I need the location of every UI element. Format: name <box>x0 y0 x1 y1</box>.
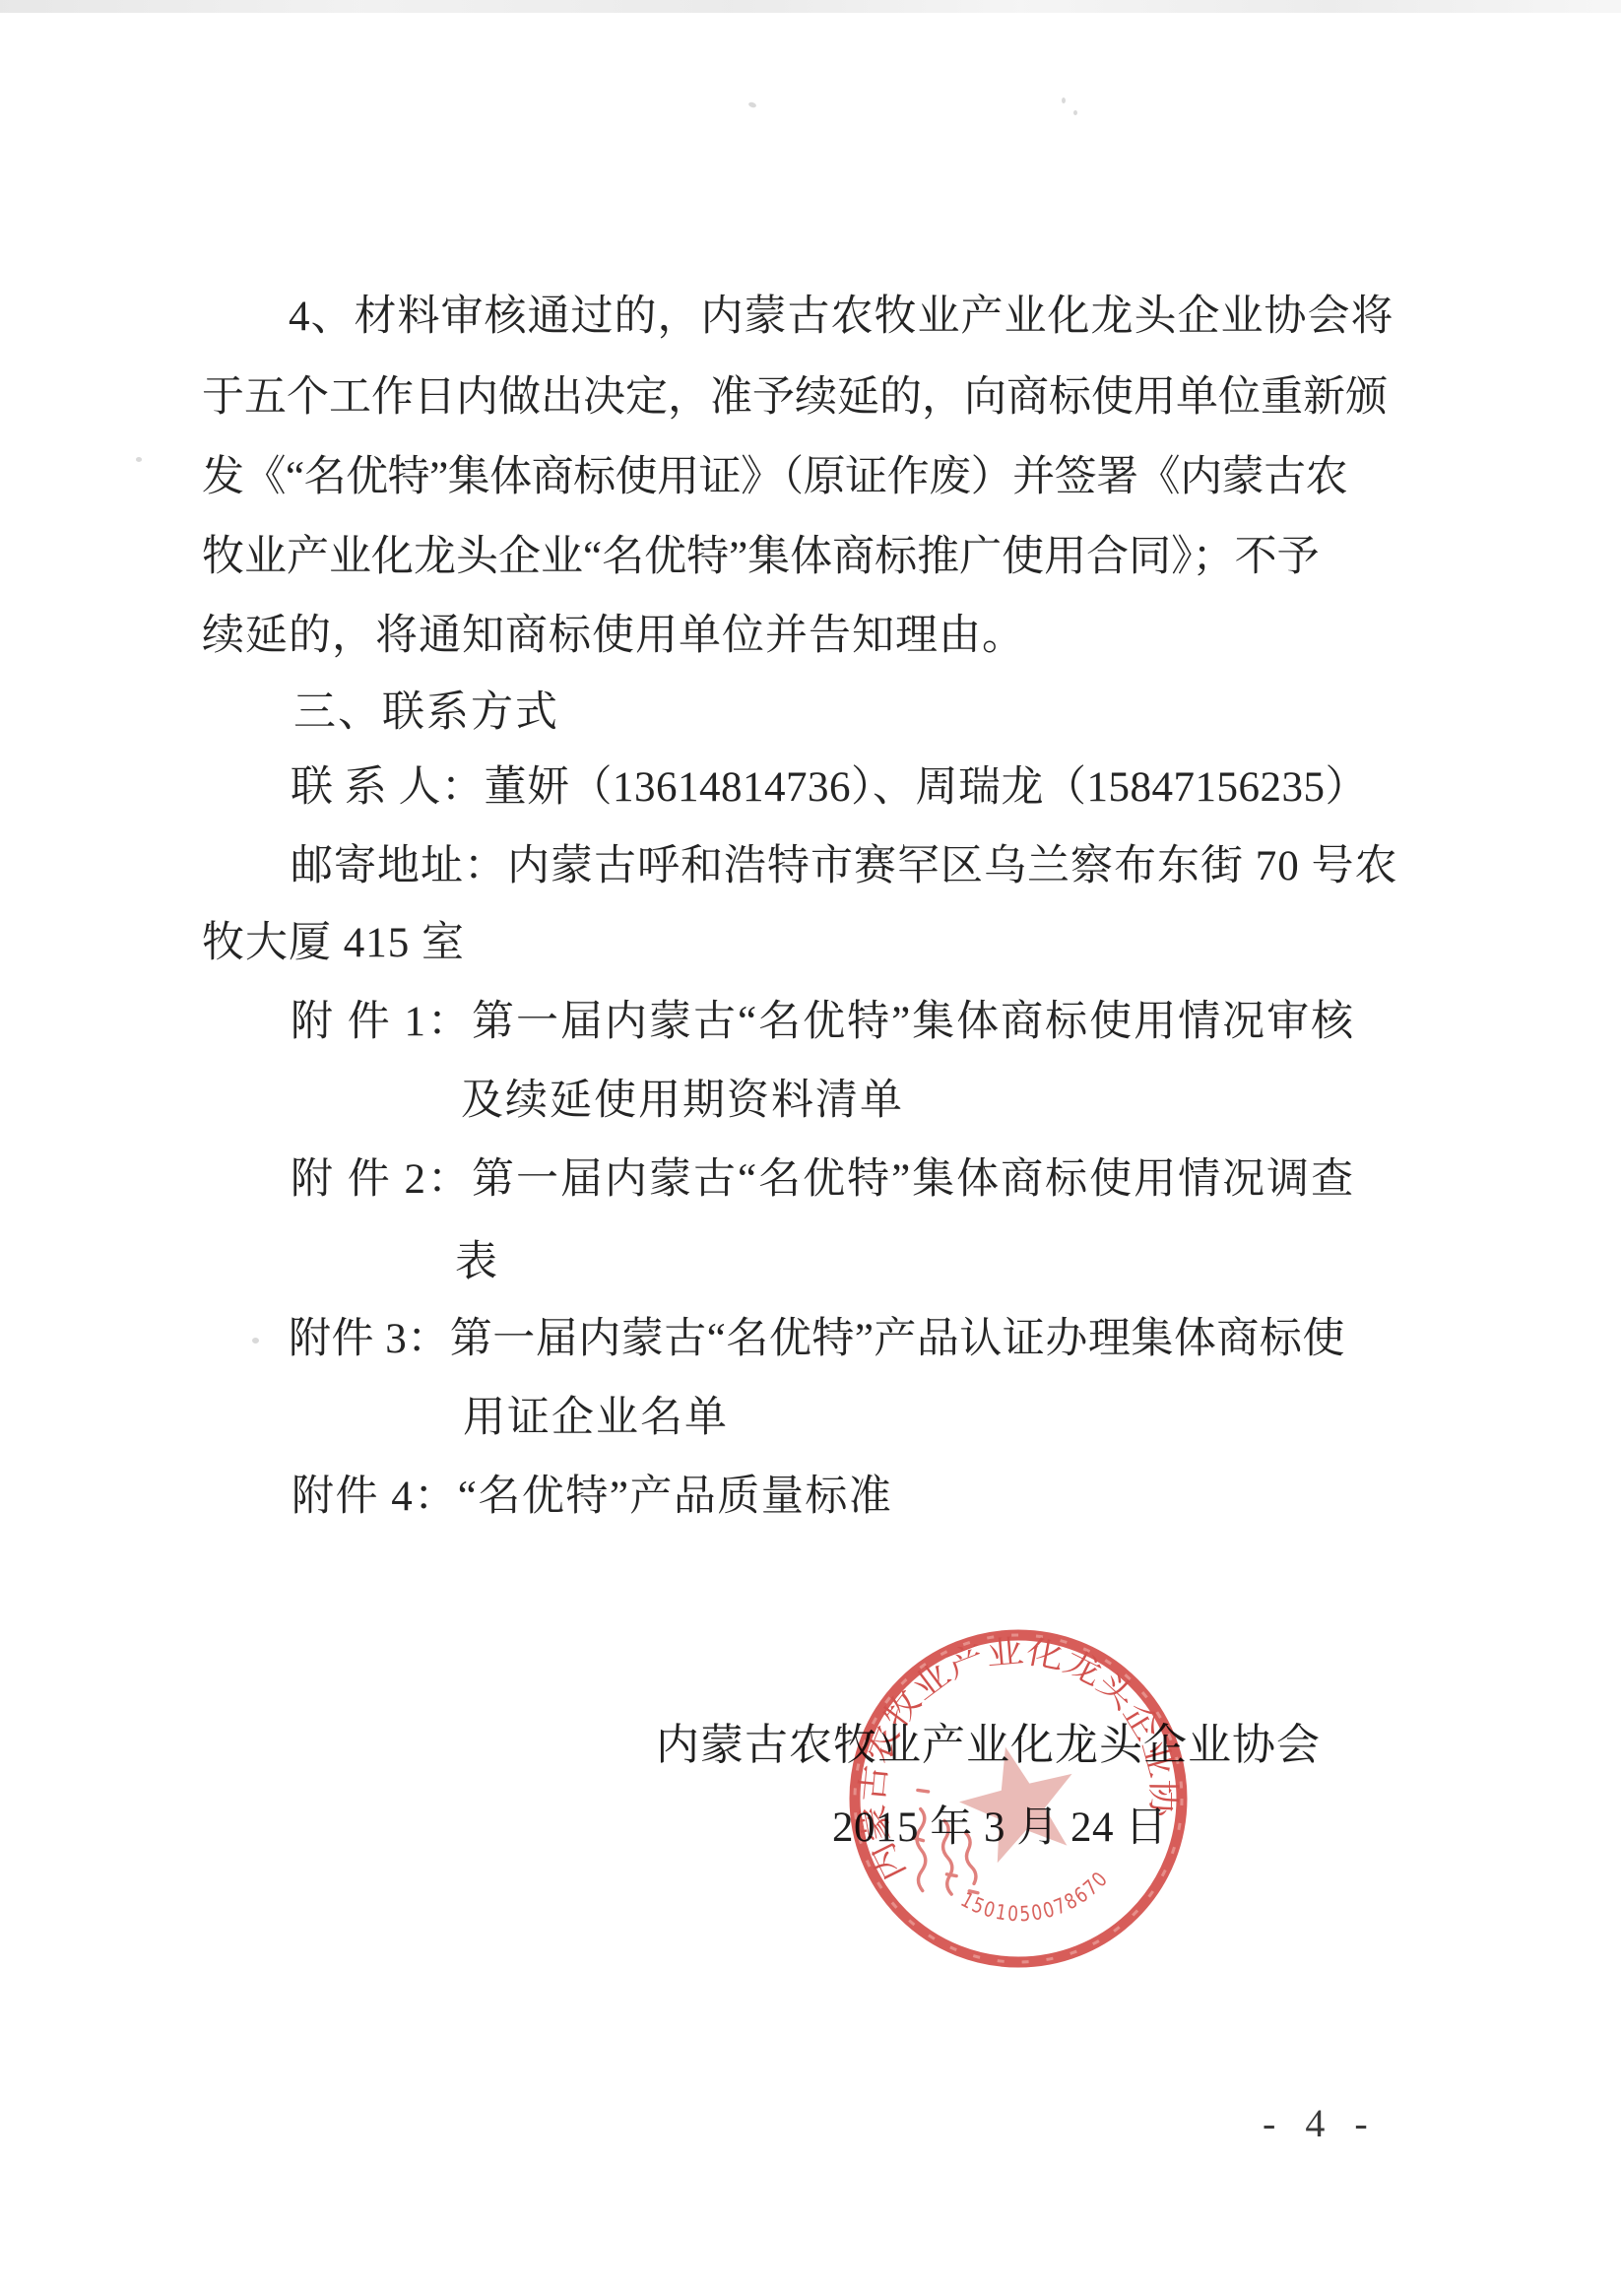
body-line-10: 附 件 1：第一届内蒙古“名优特”集体商标使用情况审核 <box>291 993 1355 1052</box>
body-line-15: 用证企业名单 <box>463 1389 729 1448</box>
scan-artifact-speck <box>252 1338 259 1344</box>
body-line-3: 发《“名优特”集体商标使用证》（原证作废）并签署《内蒙古农 <box>202 448 1347 507</box>
document-page: 4、材料审核通过的，内蒙古农牧业产业化龙头企业协会将 于五个工作日内做出决定，准… <box>0 0 1621 2296</box>
body-line-11: 及续延使用期资料清单 <box>461 1072 904 1131</box>
body-line-7: 联 系 人：董妍（13614814736）、周瑞龙（15847156235） <box>291 758 1368 818</box>
body-line-16: 附件 4：“名优特”产品质量标准 <box>292 1468 892 1527</box>
body-line-2: 于五个工作日内做出决定，准予续延的，向商标使用单位重新颁 <box>202 368 1388 427</box>
stamp-serial-number: 1501050078670 <box>952 1854 1119 1943</box>
body-line-5: 续延的，将通知商标使用单位并告知理由。 <box>202 607 1025 666</box>
body-line-8: 邮寄地址：内蒙古呼和浩特市赛罕区乌兰察布东街 70 号农 <box>291 837 1398 896</box>
page-number: - 4 - <box>1263 2100 1378 2146</box>
scan-artifact-top-strip <box>0 0 1621 13</box>
body-line-13: 表 <box>455 1233 497 1292</box>
scan-artifact-speck <box>1073 110 1077 115</box>
body-line-12: 附 件 2：第一届内蒙古“名优特”集体商标使用情况调查 <box>291 1150 1355 1210</box>
scan-artifact-speck <box>747 101 756 108</box>
scan-artifact-speck <box>136 457 142 462</box>
body-line-9: 牧大厦 415 室 <box>202 914 465 973</box>
body-line-6: 三、联系方式 <box>293 684 559 743</box>
scan-artifact-speck <box>1062 98 1066 103</box>
official-stamp-seal: 内蒙古农牧业产业化龙头企业协会 1501050078670 <box>838 1618 1199 1979</box>
body-line-14: 附件 3：第一届内蒙古“名优特”产品认证办理集体商标使 <box>289 1310 1345 1369</box>
body-line-4: 牧业产业化龙头企业“名优特”集体商标推广使用合同》；不予 <box>202 528 1320 587</box>
body-line-1: 4、材料审核通过的，内蒙古农牧业产业化龙头企业协会将 <box>289 288 1394 347</box>
